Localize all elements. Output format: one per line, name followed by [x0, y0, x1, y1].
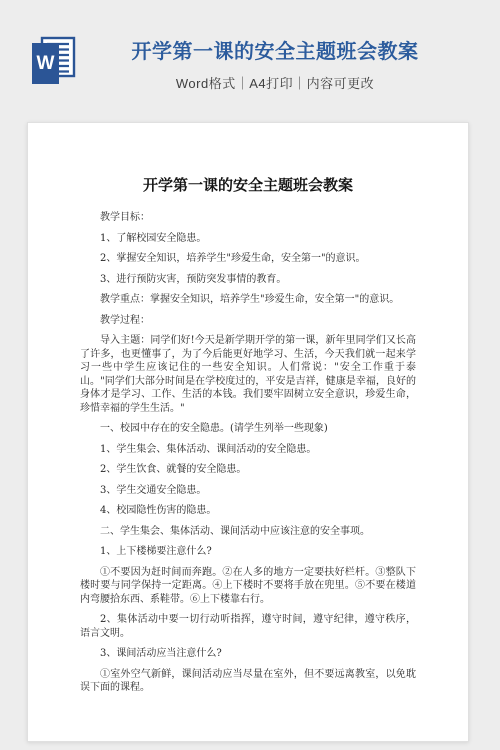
- document-paragraph: 导入主题：同学们好!今天是新学期开学的第一课，新年里同学们又长高了许多，也更懂事…: [80, 334, 416, 415]
- document-paragraph: 2、集体活动中要一切行动听指挥，遵守时间，遵守纪律，遵守秩序，语言文明。: [80, 613, 416, 640]
- document-body: 教学目标：1、了解校园安全隐患。2、掌握安全知识，培养学生"珍爱生命，安全第一"…: [80, 211, 416, 695]
- document-paragraph: 教学目标：: [80, 211, 416, 225]
- document-paragraph: 2、学生饮食、就餐的安全隐患。: [80, 463, 416, 477]
- template-preview-page: W 开学第一课的安全主题班会教案 Word格式｜A4打印｜内容可更改 开学第一课…: [0, 0, 500, 122]
- header-subtitle: Word格式｜A4打印｜内容可更改: [50, 73, 500, 92]
- document-paragraph: 一、校园中存在的安全隐患。(请学生列举一些现象): [80, 422, 416, 436]
- document-paragraph: 3、课间活动应当注意什么?: [80, 647, 416, 661]
- document-page: 开学第一课的安全主题班会教案 教学目标：1、了解校园安全隐患。2、掌握安全知识，…: [27, 122, 469, 742]
- document-title: 开学第一课的安全主题班会教案: [80, 175, 416, 196]
- header: W 开学第一课的安全主题班会教案 Word格式｜A4打印｜内容可更改: [0, 0, 500, 122]
- document-paragraph: 1、了解校园安全隐患。: [80, 232, 416, 246]
- header-title: 开学第一课的安全主题班会教案: [50, 40, 500, 65]
- document-paragraph: 二、学生集会、集体活动、课间活动中应该注意的安全事项。: [80, 525, 416, 539]
- document-paragraph: 3、进行预防灾害，预防突发事情的教育。: [80, 273, 416, 287]
- svg-text:W: W: [37, 53, 55, 74]
- document-paragraph: 教学重点：掌握安全知识，培养学生"珍爱生命，安全第一"的意识。: [80, 293, 416, 307]
- document-paragraph: ①室外空气新鲜，课间活动应当尽量在室外，但不要远离教室，以免耽误下面的课程。: [80, 668, 416, 695]
- document-paragraph: 3、学生交通安全隐患。: [80, 484, 416, 498]
- word-icon: W: [32, 36, 76, 84]
- document-paragraph: 1、上下楼梯要注意什么?: [80, 545, 416, 559]
- document-paragraph: 4、校园隐性伤害的隐患。: [80, 504, 416, 518]
- document-paragraph: 2、掌握安全知识，培养学生"珍爱生命，安全第一"的意识。: [80, 252, 416, 266]
- document-paragraph: ①不要因为赶时间而奔跑。②在人多的地方一定要扶好栏杆。③整队下楼时要与同学保持一…: [80, 566, 416, 607]
- document-paragraph: 教学过程：: [80, 314, 416, 328]
- document-paragraph: 1、学生集会、集体活动、课间活动的安全隐患。: [80, 443, 416, 457]
